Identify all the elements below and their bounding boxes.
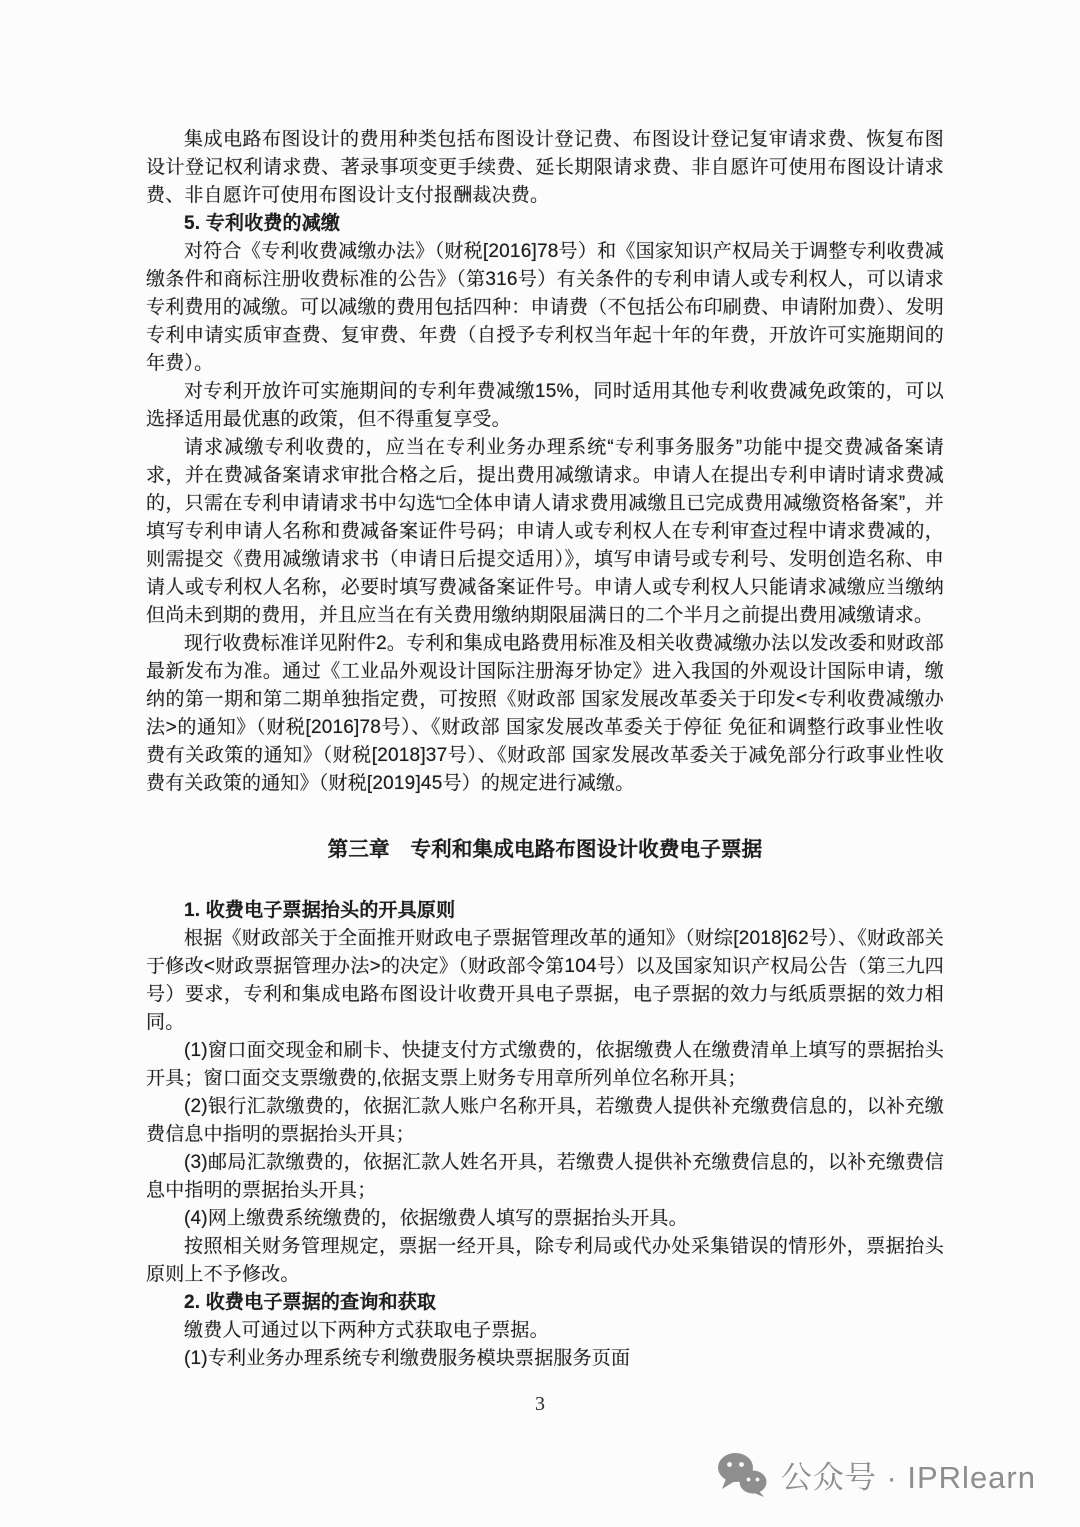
footer-brand-label: 公众号 · IPRlearn [781, 1452, 1036, 1497]
paragraph: 对符合《专利收费减缴办法》（财税[2016]78号）和《国家知识产权局关于调整专… [146, 238, 944, 378]
paragraph: (1)窗口面交现金和刷卡、快捷支付方式缴费的，依据缴费人在缴费清单上填写的票据抬… [146, 1037, 944, 1093]
document-blocks: 集成电路布图设计的费用种类包括布图设计登记费、布图设计登记复审请求费、恢复布图设… [146, 126, 944, 1373]
paragraph: 缴费人可通过以下两种方式获取电子票据。 [146, 1317, 944, 1345]
footer-brand: 公众号 · IPRlearn [716, 1445, 1036, 1503]
paragraph: 集成电路布图设计的费用种类包括布图设计登记费、布图设计登记复审请求费、恢复布图设… [146, 126, 944, 210]
page-number: 3 [0, 1393, 1080, 1416]
wechat-icon [716, 1451, 768, 1497]
paragraph: (2)银行汇款缴费的，依据汇款人账户名称开具，若缴费人提供补充缴费信息的，以补充… [146, 1093, 944, 1149]
paragraph: (1)专利业务办理系统专利缴费服务模块票据服务页面 [146, 1345, 944, 1373]
paragraph: 请求减缴专利收费的，应当在专利业务办理系统“专利事务服务”功能中提交费减备案请求… [146, 434, 944, 630]
paragraph: (4)网上缴费系统缴费的，依据缴费人填写的票据抬头开具。 [146, 1205, 944, 1233]
chapter-title: 第三章 专利和集成电路布图设计收费电子票据 [146, 836, 944, 864]
paragraph: (3)邮局汇款缴费的，依据汇款人姓名开具，若缴费人提供补充缴费信息的，以补充缴费… [146, 1149, 944, 1205]
section-heading: 2. 收费电子票据的查询和获取 [146, 1289, 944, 1317]
section-heading: 1. 收费电子票据抬头的开具原则 [146, 897, 944, 925]
document-page: 集成电路布图设计的费用种类包括布图设计登记费、布图设计登记复审请求费、恢复布图设… [0, 0, 1080, 1527]
paragraph: 根据《财政部关于全面推开财政电子票据管理改革的通知》（财综[2018]62号）、… [146, 925, 944, 1037]
paragraph: 按照相关财务管理规定，票据一经开具，除专利局或代办处采集错误的情形外，票据抬头原… [146, 1233, 944, 1289]
paragraph: 对专利开放许可实施期间的专利年费减缴15%，同时适用其他专利收费减免政策的，可以… [146, 378, 944, 434]
section-heading: 5. 专利收费的减缴 [146, 210, 944, 238]
paragraph: 现行收费标准详见附件2。专利和集成电路费用标准及相关收费减缴办法以发改委和财政部… [146, 630, 944, 798]
